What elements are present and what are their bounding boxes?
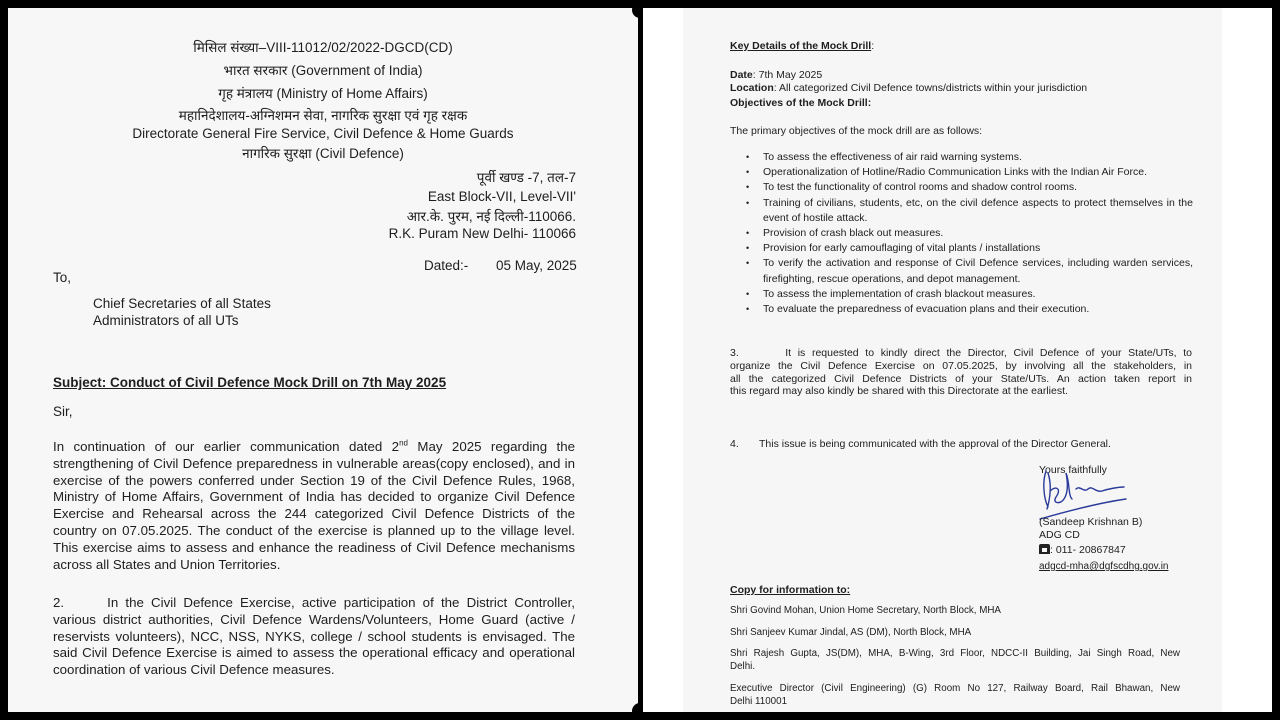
- comparison-divider[interactable]: [638, 0, 642, 720]
- key-details-heading: Key Details of the Mock Drill:: [730, 40, 874, 52]
- paragraph-3: 3. It is requested to kindly direct the …: [730, 347, 1192, 398]
- dated-value: 05 May, 2025: [496, 258, 577, 273]
- paragraph-4: 4. This issue is being communicated with…: [730, 438, 1111, 450]
- address-line-2: East Block-VII, Level-VII': [428, 189, 576, 204]
- drill-date: Date: 7th May 2025: [730, 69, 822, 81]
- objectives-list: To assess the effectiveness of air raid …: [743, 150, 1193, 317]
- signatory-email[interactable]: adgcd-mha@dgfscdhg.gov.in: [1039, 560, 1169, 572]
- paragraph-1-line: strengthening of Civil Defence preparedn…: [53, 456, 575, 473]
- paragraph-2-line: various district authorities, Civil Defe…: [53, 612, 575, 629]
- ministry-name: गृह मंत्रालय (Ministry of Home Affairs): [8, 87, 638, 101]
- paragraph-2-line: said Civil Defence Exercise is aimed to …: [53, 645, 575, 662]
- paragraph-2-line: 2. In the Civil Defence Exercise, active…: [53, 595, 575, 612]
- letter-page-1: मिसिल संख्या–VIII-11012/02/2022-DGCD(CD)…: [8, 8, 638, 712]
- signatory-phone: : 011- 20867847: [1039, 544, 1126, 556]
- signatory-designation: ADG CD: [1039, 529, 1080, 541]
- objective-item: To assess the implementation of crash bl…: [743, 287, 1193, 302]
- telephone-icon: [1039, 544, 1050, 554]
- copy-recipient: Shri Govind Mohan, Union Home Secretary,…: [730, 604, 1180, 617]
- paragraph-3-line: 3. It is requested to kindly direct the …: [730, 347, 1192, 360]
- copy-recipient: Executive Director (Civil Engineering) (…: [730, 682, 1180, 708]
- paragraph-1-line: country on 07.05.2025. The conduct of th…: [53, 523, 575, 540]
- dated-label: Dated:-: [424, 258, 468, 273]
- paragraph-1-line: Ministry of Home Affairs, Government of …: [53, 489, 575, 506]
- paragraph-1-line: Exercise and Rehearsal across the 244 ca…: [53, 506, 575, 523]
- paragraph-1-line: In continuation of our earlier communica…: [53, 439, 575, 456]
- objective-item: Provision of crash black out measures.: [743, 226, 1193, 241]
- paragraph-2: 2. In the Civil Defence Exercise, active…: [53, 595, 575, 679]
- to-label: To,: [53, 270, 71, 285]
- paragraph-1-line: This exercise aims to assess and enhance…: [53, 540, 575, 557]
- objective-item: To test the functionality of control roo…: [743, 180, 1193, 195]
- objectives-heading: Objectives of the Mock Drill:: [730, 97, 871, 109]
- paragraph-3-line: organize the Civil Defence Exercise on 0…: [730, 360, 1192, 373]
- paragraph-1-line: exercise of the powers conferred under S…: [53, 473, 575, 490]
- objective-item: Training of civilians, students, etc, on…: [743, 196, 1193, 226]
- recipient-1: Chief Secretaries of all States: [93, 296, 271, 311]
- signatory-name: (Sandeep Krishnan B): [1039, 516, 1142, 528]
- signature-icon: [1038, 463, 1138, 523]
- letter-page-2: Key Details of the Mock Drill: Date: 7th…: [643, 8, 1272, 712]
- objective-item: To verify the activation and response of…: [743, 256, 1193, 286]
- copy-recipient: Shri Sanjeev Kumar Jindal, AS (DM), Nort…: [730, 626, 1180, 639]
- objectives-intro: The primary objectives of the mock drill…: [730, 125, 982, 137]
- address-line-4: R.K. Puram New Delhi- 110066: [389, 226, 576, 241]
- department-name: नागरिक सुरक्षा (Civil Defence): [8, 147, 638, 161]
- copy-recipient: Shri Rajesh Gupta, JS(DM), MHA, B-Wing, …: [730, 647, 1180, 673]
- file-number: मिसिल संख्या–VIII-11012/02/2022-DGCD(CD): [8, 41, 638, 55]
- paragraph-3-line: all the categorized Civil Defence Distri…: [730, 373, 1192, 386]
- directorate-hindi: महानिदेशालय-अग्निशमन सेवा, नागरिक सुरक्ष…: [8, 109, 638, 123]
- paragraph-1-line: across all States and Union Territories.: [53, 557, 575, 574]
- objective-item: Operationalization of Hotline/Radio Comm…: [743, 165, 1193, 180]
- copy-heading: Copy for information to:: [730, 584, 850, 596]
- paragraph-3-line: this regard may also kindly be shared wi…: [730, 385, 1192, 398]
- salutation: Sir,: [53, 404, 73, 419]
- paragraph-2-line: reservists volunteers), NCC, NSS, NYKS, …: [53, 629, 575, 646]
- subject-line: Subject: Conduct of Civil Defence Mock D…: [53, 375, 446, 390]
- directorate-english: Directorate General Fire Service, Civil …: [8, 127, 638, 141]
- address-line-3: आर.के. पुरम, नई दिल्ली-110066.: [407, 207, 576, 225]
- objective-item: Provision for early camouflaging of vita…: [743, 241, 1193, 256]
- government-name: भारत सरकार (Government of India): [8, 64, 638, 78]
- objective-item: To assess the effectiveness of air raid …: [743, 150, 1193, 165]
- objective-item: To evaluate the preparedness of evacuati…: [743, 302, 1193, 317]
- paragraph-1: In continuation of our earlier communica…: [53, 439, 575, 573]
- paragraph-2-line: coordination of various Civil Defence me…: [53, 662, 575, 679]
- recipient-2: Administrators of all UTs: [93, 313, 239, 328]
- address-line-1: पूर्वी खण्ड -7, तल-7: [477, 168, 576, 186]
- drill-location: Location: All categorized Civil Defence …: [730, 82, 1087, 94]
